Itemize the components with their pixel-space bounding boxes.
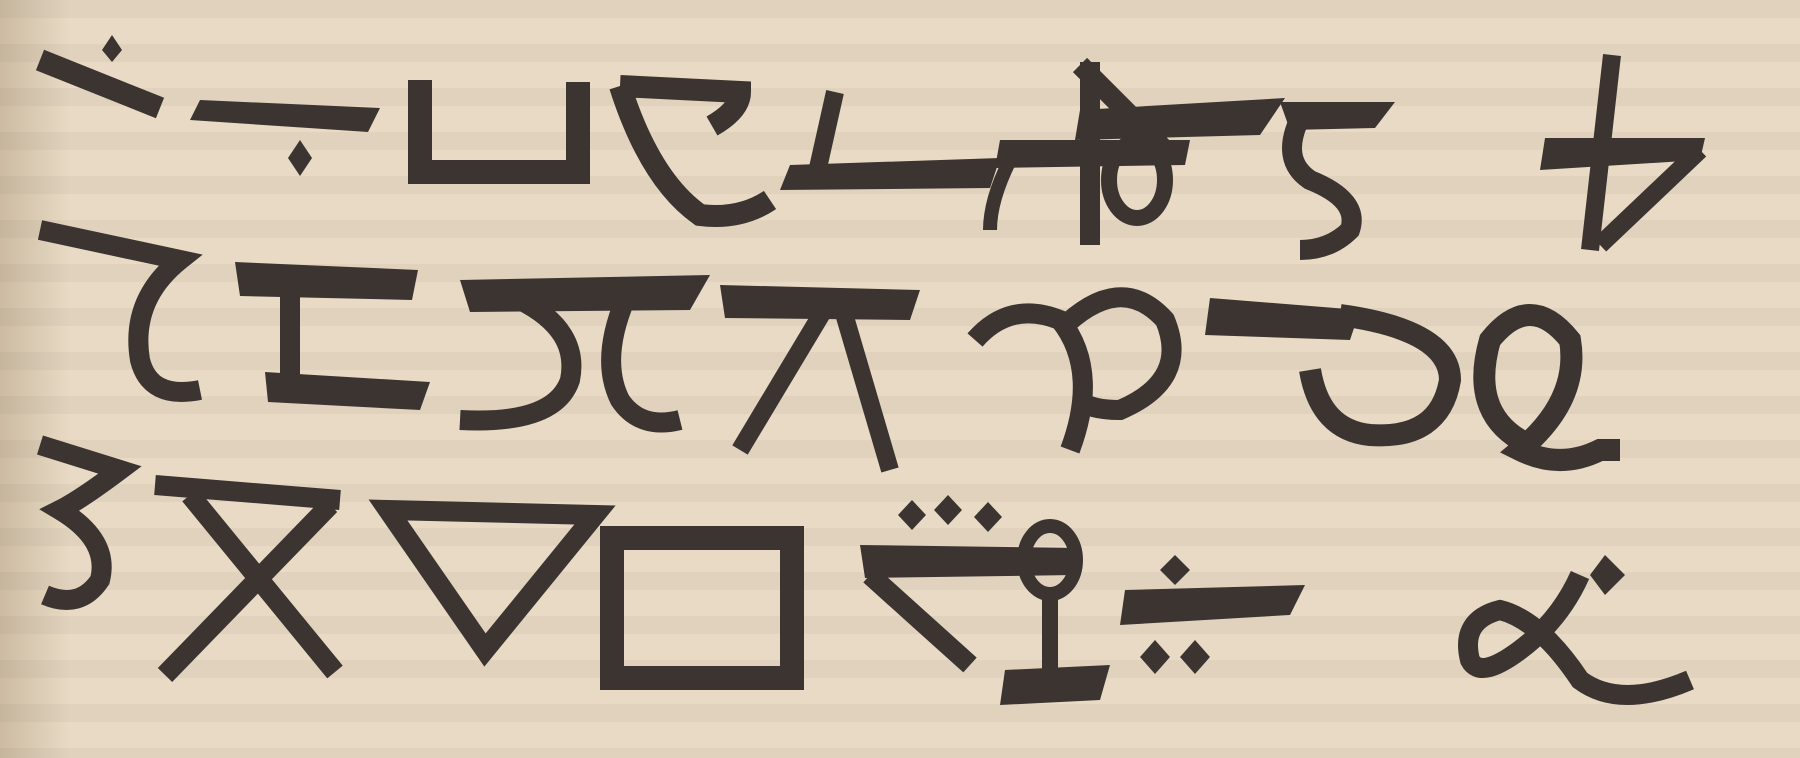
glyph-chart (0, 0, 1800, 758)
glyph-loop-tail (1484, 315, 1620, 460)
glyph-dotted-bar (1120, 555, 1305, 674)
glyph-s-bar (1280, 102, 1395, 250)
glyph-square-cup (420, 80, 578, 172)
glyph-crossed-x (155, 485, 340, 675)
glyph-loop-dot (1468, 555, 1690, 695)
glyph-lambda-bar (780, 92, 1000, 190)
glyph-three (40, 445, 120, 600)
glyph-lambda-bar-wide (720, 285, 920, 470)
glyph-hook-v (620, 86, 770, 216)
scanned-page (0, 0, 1800, 758)
glyph-bar-circle (1205, 298, 1450, 435)
glyph-square (612, 538, 792, 678)
glyph-c-bar (611, 300, 680, 423)
glyph-bracket-l (235, 262, 430, 410)
glyph-cross-v (1540, 55, 1705, 250)
glyph-down-triangle (388, 510, 595, 650)
glyph-dot-slash (40, 35, 160, 108)
glyph-reverse-c-hook (40, 230, 200, 392)
glyph-hooked-loop (975, 297, 1172, 450)
glyph-dash-dot (190, 100, 380, 176)
glyph-reverse-c-bar (460, 275, 710, 421)
